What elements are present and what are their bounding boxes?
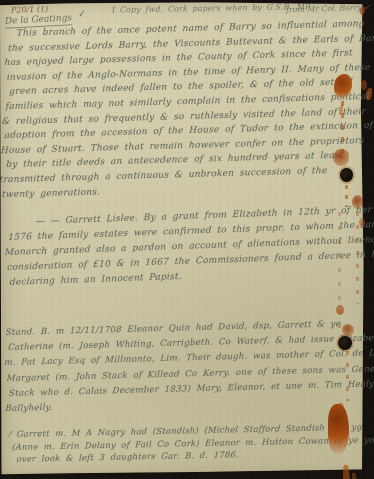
punch-hole-bottom (338, 336, 352, 350)
manuscript-photo: P20/1 (1) De la Geatings ✓ I Copy fwd. C… (0, 0, 374, 479)
paragraph-introduction: This branch of the once potent name of B… (0, 16, 374, 203)
punch-hole-top (340, 168, 353, 182)
reference-number: P20/1 (1) (11, 4, 49, 14)
check-mark-icon: ✓ (77, 8, 87, 20)
paragraph-marriage-1708: Stand. B. m 12/11/1708 Eleanor Quin had … (2, 315, 374, 417)
paragraph-garrett-standish: ⁄ Garrett m. M A Nagry had (Standish) (M… (8, 420, 374, 466)
paragraph-garrett-grant: — — Garrett Lislee. By a grant from Eliz… (3, 202, 374, 292)
